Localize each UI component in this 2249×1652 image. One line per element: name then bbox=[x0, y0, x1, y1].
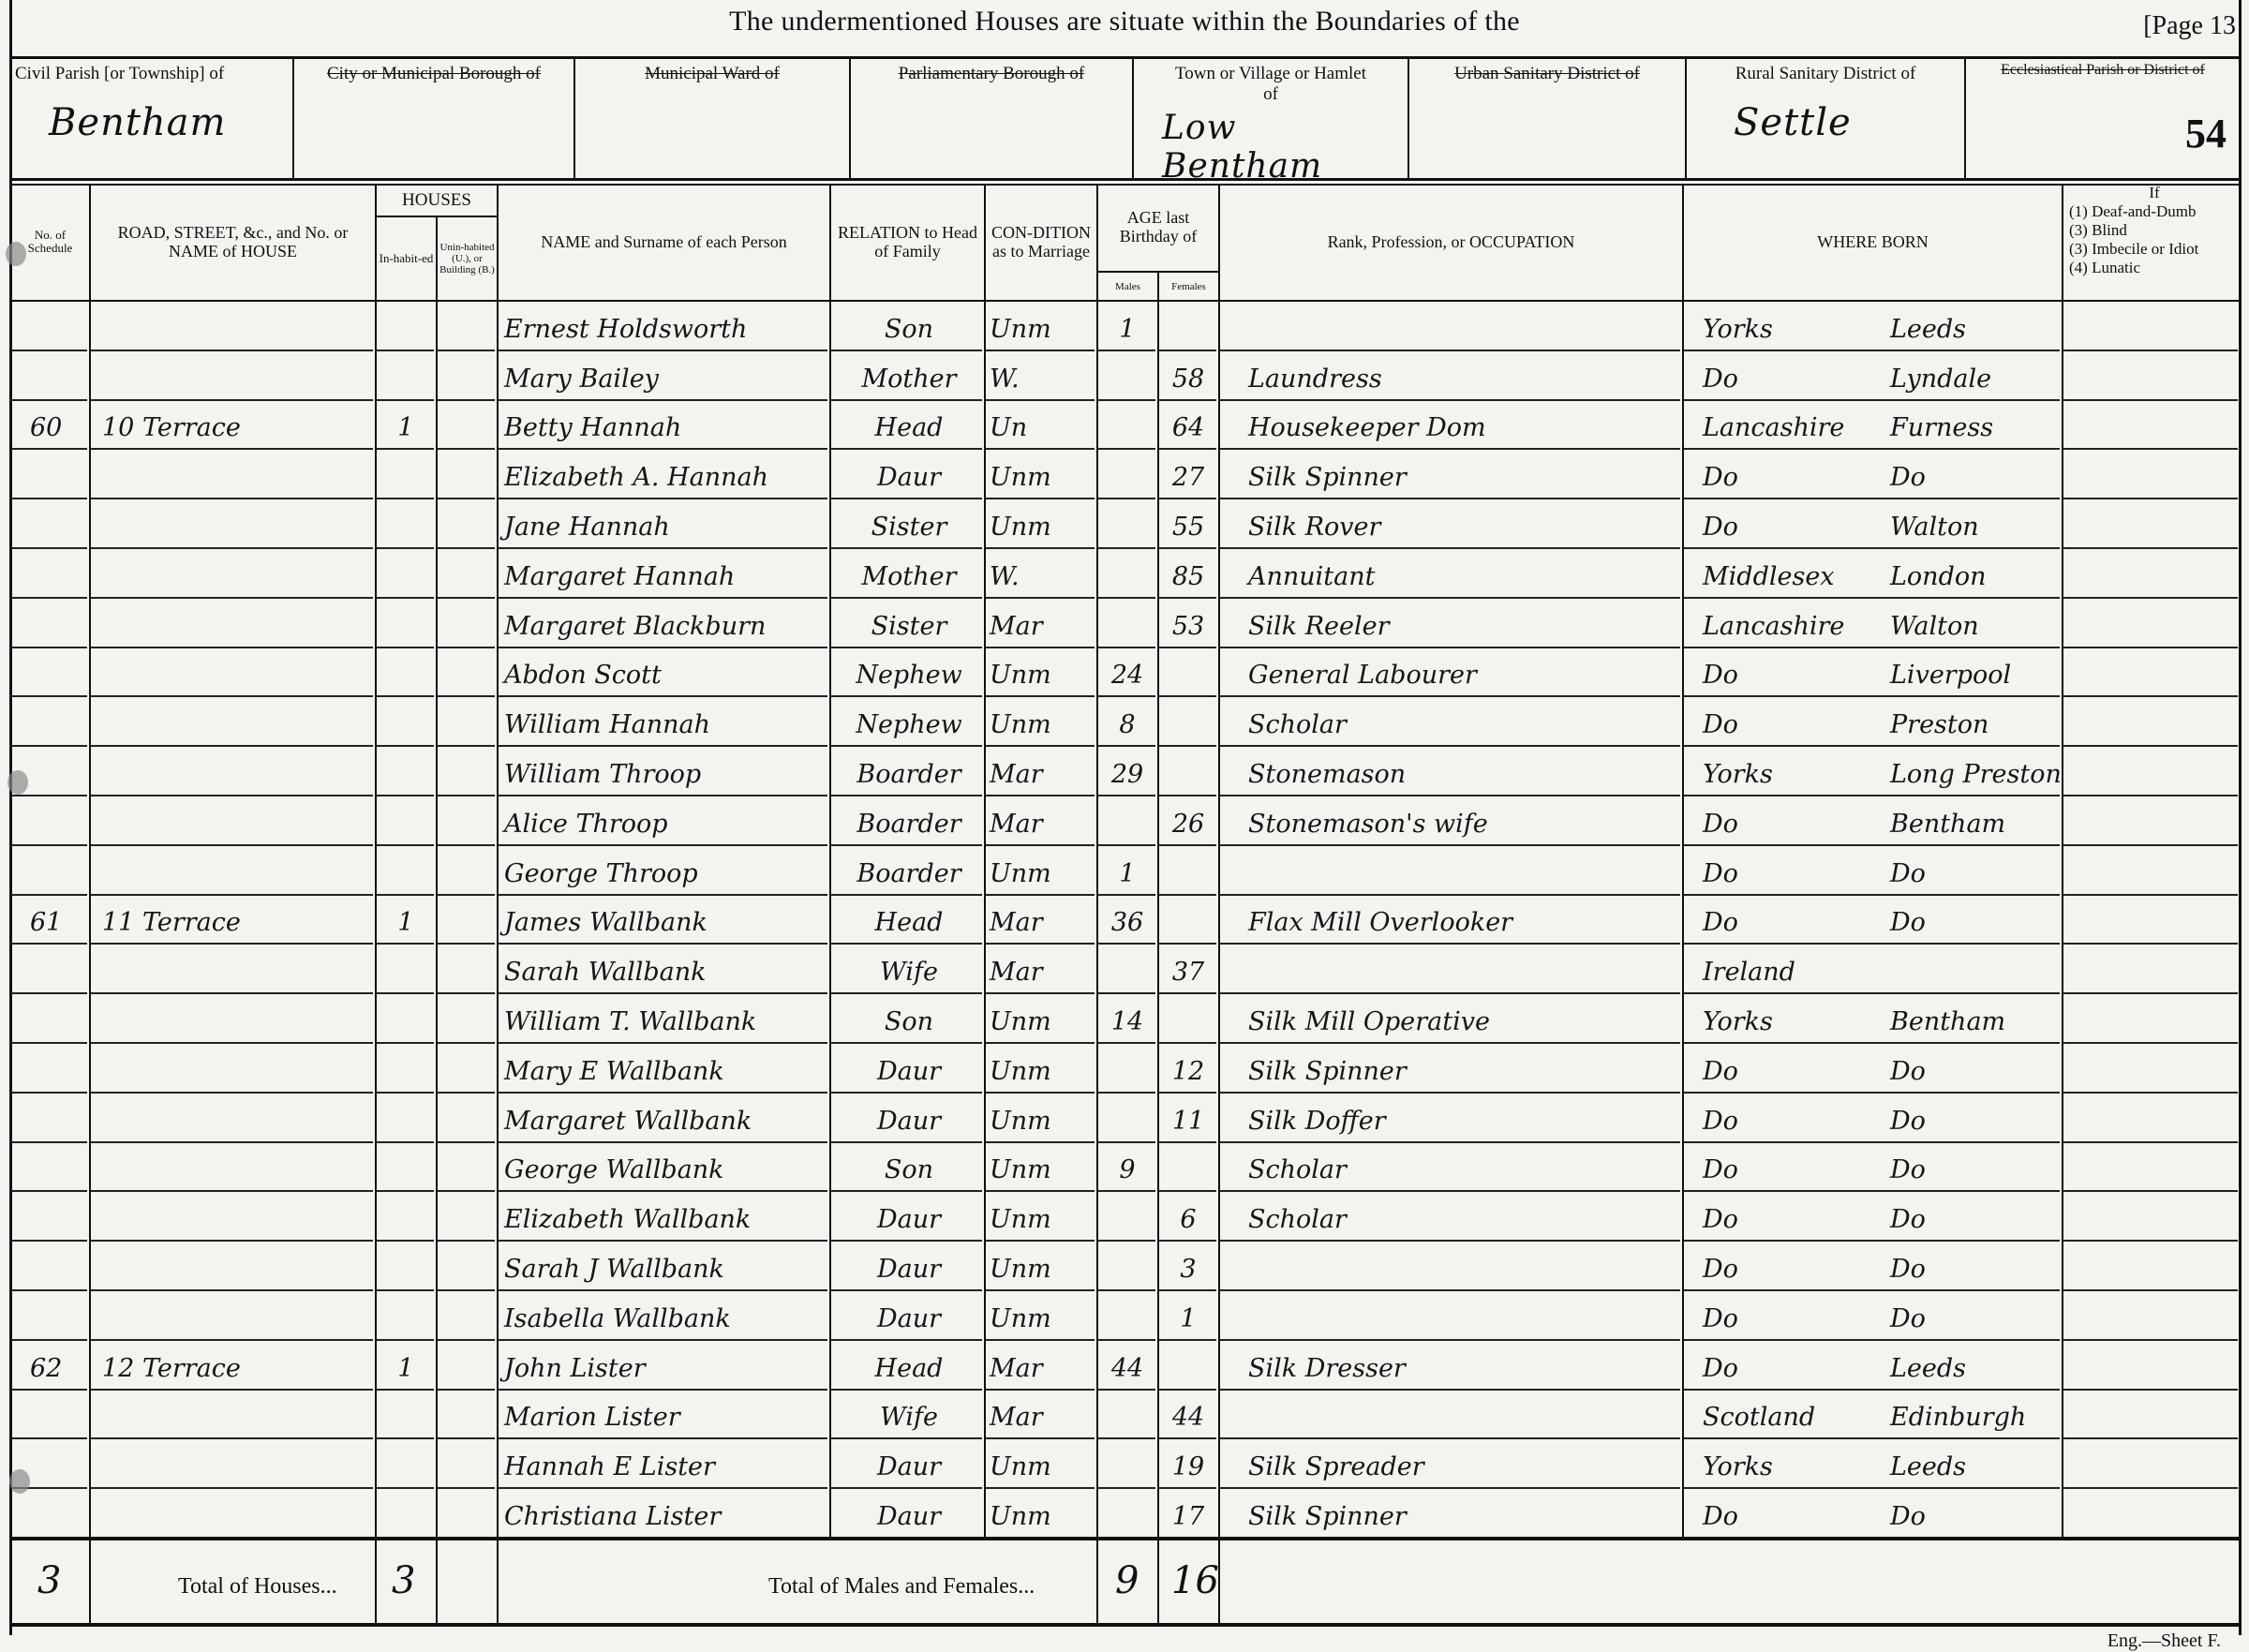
col-road: ROAD, STREET, &c., and No. or NAME of HO… bbox=[91, 184, 375, 300]
male-age bbox=[1098, 1190, 1156, 1240]
schedule-number: 61 bbox=[11, 894, 89, 944]
inhabited-count bbox=[377, 1487, 435, 1537]
paper-stain bbox=[9, 1469, 30, 1494]
condition: Mar bbox=[986, 1389, 1095, 1438]
birth-county: Do bbox=[1684, 1240, 1881, 1289]
birth-place: Do bbox=[1881, 1487, 2061, 1537]
uninhabited-count bbox=[438, 1141, 496, 1191]
rule bbox=[9, 1623, 2242, 1627]
road-address bbox=[91, 597, 372, 647]
person-name: Margaret Blackburn bbox=[499, 597, 828, 647]
uninhabited-count bbox=[438, 1437, 496, 1487]
birth-county: Do bbox=[1684, 1289, 1881, 1339]
occupation: Silk Dresser bbox=[1220, 1339, 1681, 1389]
birth-county: Lancashire bbox=[1684, 399, 1881, 449]
person-name: Elizabeth Wallbank bbox=[499, 1190, 828, 1240]
relation: Boarder bbox=[831, 745, 983, 795]
relation: Mother bbox=[831, 350, 983, 399]
birth-county: Middlesex bbox=[1684, 547, 1881, 597]
birth-county: Yorks bbox=[1684, 745, 1881, 795]
occupation: Silk Spreader bbox=[1220, 1437, 1681, 1487]
uninhabited-count bbox=[438, 1389, 496, 1438]
schedule-number bbox=[11, 943, 89, 992]
infirmity bbox=[2063, 894, 2240, 944]
condition: Unm bbox=[986, 1042, 1095, 1092]
infirmity bbox=[2063, 795, 2240, 844]
page-title: The undermentioned Houses are situate wi… bbox=[0, 6, 2249, 37]
col-infirmity-item: (3) Blind bbox=[2069, 221, 2127, 240]
infirmity bbox=[2063, 1042, 2240, 1092]
road-address bbox=[91, 647, 372, 696]
person-name: Sarah Wallbank bbox=[499, 943, 828, 992]
male-age: 1 bbox=[1098, 844, 1156, 894]
male-age: 1 bbox=[1098, 300, 1156, 350]
road-address bbox=[91, 1190, 372, 1240]
schedule-number bbox=[11, 1042, 89, 1092]
inhabited-count bbox=[377, 943, 435, 992]
male-age: 9 bbox=[1098, 1141, 1156, 1191]
male-age bbox=[1098, 399, 1156, 449]
schedule-number bbox=[11, 350, 89, 399]
road-address: 10 Terrace bbox=[91, 399, 372, 449]
male-age: 8 bbox=[1098, 695, 1156, 745]
birth-place: Do bbox=[1881, 1092, 2061, 1141]
paper-stain bbox=[7, 770, 28, 795]
schedule-number bbox=[11, 547, 89, 597]
relation: Son bbox=[831, 992, 983, 1042]
uninhabited-count bbox=[438, 448, 496, 498]
birth-county: Do bbox=[1684, 448, 1881, 498]
municipal-ward-cell: Municipal Ward of bbox=[575, 58, 849, 178]
uninhabited-count bbox=[438, 647, 496, 696]
female-age: 37 bbox=[1159, 943, 1217, 992]
uninhabited-count bbox=[438, 1240, 496, 1289]
female-age bbox=[1159, 1141, 1217, 1191]
total-houses: 3 bbox=[392, 1559, 415, 1602]
col-infirmity: If (1) Deaf-and-Dumb (3) Blind (3) Imbec… bbox=[2063, 184, 2240, 300]
schedule-number bbox=[11, 795, 89, 844]
occupation bbox=[1220, 1289, 1681, 1339]
occupation: Stonemason bbox=[1220, 745, 1681, 795]
condition: Unm bbox=[986, 695, 1095, 745]
occupation: Silk Mill Operative bbox=[1220, 992, 1681, 1042]
table-row: 61 11 Terrace 1 James Wallbank Head Mar … bbox=[0, 894, 2249, 944]
female-age: 3 bbox=[1159, 1240, 1217, 1289]
birth-place: Bentham bbox=[1881, 992, 2061, 1042]
enumeration-district-number: 54 bbox=[2185, 110, 2227, 157]
person-name: Margaret Hannah bbox=[499, 547, 828, 597]
male-age bbox=[1098, 448, 1156, 498]
condition: Unm bbox=[986, 448, 1095, 498]
condition: Unm bbox=[986, 1487, 1095, 1537]
person-name: Christiana Lister bbox=[499, 1487, 828, 1537]
schedule-number bbox=[11, 992, 89, 1042]
birth-place: Walton bbox=[1881, 498, 2061, 547]
inhabited-count bbox=[377, 745, 435, 795]
person-name: Betty Hannah bbox=[499, 399, 828, 449]
uninhabited-count bbox=[438, 1042, 496, 1092]
uninhabited-count bbox=[438, 844, 496, 894]
condition: Unm bbox=[986, 1190, 1095, 1240]
female-age: 44 bbox=[1159, 1389, 1217, 1438]
occupation: Silk Reeler bbox=[1220, 597, 1681, 647]
birth-place bbox=[1881, 943, 2061, 992]
ecclesiastical-cell: Ecclesiastical Parish or District of 54 bbox=[1966, 58, 2240, 178]
relation: Head bbox=[831, 399, 983, 449]
person-name: George Wallbank bbox=[499, 1141, 828, 1191]
infirmity bbox=[2063, 498, 2240, 547]
col-infirmity-item: (1) Deaf-and-Dumb bbox=[2069, 202, 2196, 221]
uninhabited-count bbox=[438, 350, 496, 399]
infirmity bbox=[2063, 1487, 2240, 1537]
infirmity bbox=[2063, 1190, 2240, 1240]
female-age bbox=[1159, 992, 1217, 1042]
female-age bbox=[1159, 695, 1217, 745]
road-address bbox=[91, 745, 372, 795]
table-row: 60 10 Terrace 1 Betty Hannah Head Un 64 … bbox=[0, 399, 2249, 449]
person-name: Elizabeth A. Hannah bbox=[499, 448, 828, 498]
infirmity bbox=[2063, 350, 2240, 399]
civil-parish-cell: Civil Parish [or Township] of Bentham bbox=[11, 58, 292, 178]
uninhabited-count bbox=[438, 695, 496, 745]
infirmity bbox=[2063, 448, 2240, 498]
table-row: Elizabeth A. Hannah Daur Unm 27 Silk Spi… bbox=[0, 448, 2249, 498]
female-age: 64 bbox=[1159, 399, 1217, 449]
inhabited-count bbox=[377, 1042, 435, 1092]
infirmity bbox=[2063, 992, 2240, 1042]
urban-sanitary-cell: Urban Sanitary District of bbox=[1409, 58, 1685, 178]
municipal-borough-label: City or Municipal Borough of bbox=[294, 58, 573, 84]
schedule-number: 62 bbox=[11, 1339, 89, 1389]
inhabited-count bbox=[377, 795, 435, 844]
birth-place: Lyndale bbox=[1881, 350, 2061, 399]
table-row: Sarah J Wallbank Daur Unm 3 Do Do bbox=[0, 1240, 2249, 1289]
road-address bbox=[91, 844, 372, 894]
male-age bbox=[1098, 1389, 1156, 1438]
uninhabited-count bbox=[438, 597, 496, 647]
schedule-number bbox=[11, 498, 89, 547]
infirmity bbox=[2063, 1339, 2240, 1389]
infirmity bbox=[2063, 1437, 2240, 1487]
birth-county: Do bbox=[1684, 1042, 1881, 1092]
birth-place: Leeds bbox=[1881, 1437, 2061, 1487]
condition: Mar bbox=[986, 943, 1095, 992]
infirmity bbox=[2063, 1389, 2240, 1438]
female-age: 12 bbox=[1159, 1042, 1217, 1092]
birth-county: Yorks bbox=[1684, 1437, 1881, 1487]
birth-county: Yorks bbox=[1684, 992, 1881, 1042]
person-name: Sarah J Wallbank bbox=[499, 1240, 828, 1289]
birth-place: Do bbox=[1881, 1042, 2061, 1092]
birth-county: Do bbox=[1684, 1339, 1881, 1389]
male-age bbox=[1098, 1437, 1156, 1487]
infirmity bbox=[2063, 943, 2240, 992]
female-age: 19 bbox=[1159, 1437, 1217, 1487]
road-address bbox=[91, 1437, 372, 1487]
col-name: NAME and Surname of each Person bbox=[499, 184, 829, 300]
infirmity bbox=[2063, 647, 2240, 696]
person-name: Margaret Wallbank bbox=[499, 1092, 828, 1141]
birth-place: Do bbox=[1881, 1240, 2061, 1289]
condition: Mar bbox=[986, 894, 1095, 944]
town-village-value: Low Bentham bbox=[1134, 109, 1407, 186]
inhabited-count: 1 bbox=[377, 399, 435, 449]
person-name: Isabella Wallbank bbox=[499, 1289, 828, 1339]
inhabited-count bbox=[377, 1141, 435, 1191]
relation: Son bbox=[831, 1141, 983, 1191]
condition: W. bbox=[986, 547, 1095, 597]
col-females: Females bbox=[1159, 273, 1218, 300]
form-sheet-label: Eng.—Sheet F. bbox=[2108, 1630, 2221, 1652]
uninhabited-count bbox=[438, 1339, 496, 1389]
infirmity bbox=[2063, 1141, 2240, 1191]
infirmity bbox=[2063, 1289, 2240, 1339]
female-age bbox=[1159, 894, 1217, 944]
table-row: Mary Bailey Mother W. 58 Laundress Do Ly… bbox=[0, 350, 2249, 399]
occupation: Laundress bbox=[1220, 350, 1681, 399]
person-name: Mary Bailey bbox=[499, 350, 828, 399]
male-age: 44 bbox=[1098, 1339, 1156, 1389]
condition: Mar bbox=[986, 795, 1095, 844]
ecclesiastical-label: Ecclesiastical Parish or District of bbox=[1966, 58, 2240, 79]
occupation: Scholar bbox=[1220, 1190, 1681, 1240]
inhabited-count bbox=[377, 448, 435, 498]
inhabited-count bbox=[377, 1289, 435, 1339]
male-age: 14 bbox=[1098, 992, 1156, 1042]
col-inhabited: In-habit-ed bbox=[377, 217, 436, 300]
road-address bbox=[91, 1240, 372, 1289]
inhabited-count bbox=[377, 597, 435, 647]
condition: Mar bbox=[986, 745, 1095, 795]
birth-county: Do bbox=[1684, 498, 1881, 547]
person-name: Abdon Scott bbox=[499, 647, 828, 696]
female-age: 27 bbox=[1159, 448, 1217, 498]
male-age bbox=[1098, 498, 1156, 547]
occupation bbox=[1220, 300, 1681, 350]
table-row: Isabella Wallbank Daur Unm 1 Do Do bbox=[0, 1289, 2249, 1339]
male-age: 36 bbox=[1098, 894, 1156, 944]
table-row: Margaret Wallbank Daur Unm 11 Silk Doffe… bbox=[0, 1092, 2249, 1141]
occupation: Housekeeper Dom bbox=[1220, 399, 1681, 449]
table-row: Margaret Blackburn Sister Mar 53 Silk Re… bbox=[0, 597, 2249, 647]
col-age: AGE last Birthday of bbox=[1098, 184, 1218, 270]
birth-place: Do bbox=[1881, 1190, 2061, 1240]
condition: Unm bbox=[986, 647, 1095, 696]
inhabited-count bbox=[377, 695, 435, 745]
town-village-label: Town or Village or Hamlet of bbox=[1134, 58, 1407, 105]
condition: Un bbox=[986, 399, 1095, 449]
occupation: General Labourer bbox=[1220, 647, 1681, 696]
male-age bbox=[1098, 1240, 1156, 1289]
female-age bbox=[1159, 844, 1217, 894]
female-age: 26 bbox=[1159, 795, 1217, 844]
birth-county: Do bbox=[1684, 795, 1881, 844]
relation: Wife bbox=[831, 1389, 983, 1438]
person-name: Marion Lister bbox=[499, 1389, 828, 1438]
road-address bbox=[91, 350, 372, 399]
page-number: [Page 13 bbox=[2143, 11, 2236, 41]
female-age bbox=[1159, 1339, 1217, 1389]
road-address bbox=[91, 943, 372, 992]
table-row: Mary E Wallbank Daur Unm 12 Silk Spinner… bbox=[0, 1042, 2249, 1092]
male-age bbox=[1098, 795, 1156, 844]
inhabited-count bbox=[377, 1389, 435, 1438]
inhabited-count bbox=[377, 300, 435, 350]
road-address bbox=[91, 695, 372, 745]
schedule-number bbox=[11, 647, 89, 696]
person-name: Mary E Wallbank bbox=[499, 1042, 828, 1092]
birth-place: Do bbox=[1881, 1289, 2061, 1339]
schedule-number bbox=[11, 1092, 89, 1141]
col-males: Males bbox=[1098, 273, 1157, 300]
col-houses: HOUSES bbox=[377, 186, 497, 216]
male-age bbox=[1098, 1042, 1156, 1092]
relation: Daur bbox=[831, 1240, 983, 1289]
relation: Daur bbox=[831, 448, 983, 498]
relation: Wife bbox=[831, 943, 983, 992]
birth-place: Leeds bbox=[1881, 1339, 2061, 1389]
uninhabited-count bbox=[438, 795, 496, 844]
infirmity bbox=[2063, 399, 2240, 449]
occupation: Silk Doffer bbox=[1220, 1092, 1681, 1141]
uninhabited-count bbox=[438, 399, 496, 449]
col-condition: CON-DITION as to Marriage bbox=[986, 184, 1096, 300]
relation: Head bbox=[831, 894, 983, 944]
person-name: William Hannah bbox=[499, 695, 828, 745]
schedule-number bbox=[11, 597, 89, 647]
inhabited-count bbox=[377, 992, 435, 1042]
road-address bbox=[91, 1042, 372, 1092]
total-females: 16 bbox=[1171, 1559, 1219, 1602]
birth-county: Do bbox=[1684, 695, 1881, 745]
condition: Unm bbox=[986, 1240, 1095, 1289]
birth-place: Do bbox=[1881, 894, 2061, 944]
inhabited-count bbox=[377, 498, 435, 547]
table-row: William Throop Boarder Mar 29 Stonemason… bbox=[0, 745, 2249, 795]
male-age bbox=[1098, 1487, 1156, 1537]
birth-place: Walton bbox=[1881, 597, 2061, 647]
female-age: 6 bbox=[1159, 1190, 1217, 1240]
occupation: Flax Mill Overlooker bbox=[1220, 894, 1681, 944]
infirmity bbox=[2063, 844, 2240, 894]
col-where-born: WHERE BORN bbox=[1684, 184, 2062, 300]
occupation: Stonemason's wife bbox=[1220, 795, 1681, 844]
occupation bbox=[1220, 1389, 1681, 1438]
relation: Mother bbox=[831, 547, 983, 597]
inhabited-count bbox=[377, 350, 435, 399]
total-males: 9 bbox=[1115, 1559, 1139, 1602]
condition: Mar bbox=[986, 597, 1095, 647]
col-infirmity-item: (3) Imbecile or Idiot bbox=[2069, 240, 2198, 259]
schedule-number bbox=[11, 448, 89, 498]
female-age: 1 bbox=[1159, 1289, 1217, 1339]
occupation: Scholar bbox=[1220, 695, 1681, 745]
birth-county: Do bbox=[1684, 1487, 1881, 1537]
relation: Boarder bbox=[831, 795, 983, 844]
birth-county: Do bbox=[1684, 844, 1881, 894]
uninhabited-count bbox=[438, 1289, 496, 1339]
occupation: Silk Rover bbox=[1220, 498, 1681, 547]
relation: Daur bbox=[831, 1437, 983, 1487]
col-infirmity-if: If bbox=[2149, 184, 2159, 202]
inhabited-count bbox=[377, 1240, 435, 1289]
civil-parish-value: Bentham bbox=[11, 101, 292, 144]
inhabited-count bbox=[377, 1437, 435, 1487]
town-village-cell: Town or Village or Hamlet of Low Bentham bbox=[1134, 58, 1407, 178]
inhabited-count bbox=[377, 844, 435, 894]
relation: Head bbox=[831, 1339, 983, 1389]
schedule-number bbox=[11, 1487, 89, 1537]
relation: Daur bbox=[831, 1487, 983, 1537]
schedule-number bbox=[11, 1141, 89, 1191]
road-address bbox=[91, 1389, 372, 1438]
male-age bbox=[1098, 597, 1156, 647]
occupation: Silk Spinner bbox=[1220, 1042, 1681, 1092]
person-name: Ernest Holdsworth bbox=[499, 300, 828, 350]
occupation: Silk Spinner bbox=[1220, 1487, 1681, 1537]
inhabited-count bbox=[377, 1190, 435, 1240]
table-row: Sarah Wallbank Wife Mar 37 Ireland bbox=[0, 943, 2249, 992]
rural-sanitary-label: Rural Sanitary District of bbox=[1687, 58, 1964, 84]
condition: Unm bbox=[986, 844, 1095, 894]
relation: Sister bbox=[831, 498, 983, 547]
uninhabited-count bbox=[438, 745, 496, 795]
female-age: 53 bbox=[1159, 597, 1217, 647]
road-address: 11 Terrace bbox=[91, 894, 372, 944]
person-name: Alice Throop bbox=[499, 795, 828, 844]
condition: Unm bbox=[986, 1092, 1095, 1141]
condition: Unm bbox=[986, 498, 1095, 547]
paper-stain bbox=[6, 242, 26, 266]
infirmity bbox=[2063, 745, 2240, 795]
male-age bbox=[1098, 547, 1156, 597]
schedule-number: 60 bbox=[11, 399, 89, 449]
road-address bbox=[91, 1092, 372, 1141]
male-age bbox=[1098, 1289, 1156, 1339]
table-row: Hannah E Lister Daur Unm 19 Silk Spreade… bbox=[0, 1437, 2249, 1487]
table-row: George Wallbank Son Unm 9 Scholar Do Do bbox=[0, 1141, 2249, 1191]
relation: Daur bbox=[831, 1042, 983, 1092]
road-address bbox=[91, 1289, 372, 1339]
birth-place: Edinburgh bbox=[1881, 1389, 2061, 1438]
birth-place: Liverpool bbox=[1881, 647, 2061, 696]
birth-place: Do bbox=[1881, 844, 2061, 894]
condition: Mar bbox=[986, 1339, 1095, 1389]
male-age: 24 bbox=[1098, 647, 1156, 696]
occupation: Silk Spinner bbox=[1220, 448, 1681, 498]
relation: Daur bbox=[831, 1092, 983, 1141]
male-age bbox=[1098, 1092, 1156, 1141]
condition: Unm bbox=[986, 992, 1095, 1042]
female-age: 55 bbox=[1159, 498, 1217, 547]
road-address bbox=[91, 498, 372, 547]
schedule-number bbox=[11, 844, 89, 894]
inhabited-count: 1 bbox=[377, 894, 435, 944]
person-name: Jane Hannah bbox=[499, 498, 828, 547]
road-address bbox=[91, 300, 372, 350]
female-age: 85 bbox=[1159, 547, 1217, 597]
person-name: William Throop bbox=[499, 745, 828, 795]
schedule-number bbox=[11, 300, 89, 350]
person-name: George Throop bbox=[499, 844, 828, 894]
totals-row: 3 Total of Houses... 3 Total of Males an… bbox=[0, 1539, 2249, 1623]
occupation bbox=[1220, 1240, 1681, 1289]
relation: Daur bbox=[831, 1289, 983, 1339]
infirmity bbox=[2063, 300, 2240, 350]
table-row: Jane Hannah Sister Unm 55 Silk Rover Do … bbox=[0, 498, 2249, 547]
occupation: Annuitant bbox=[1220, 547, 1681, 597]
birth-place: Bentham bbox=[1881, 795, 2061, 844]
